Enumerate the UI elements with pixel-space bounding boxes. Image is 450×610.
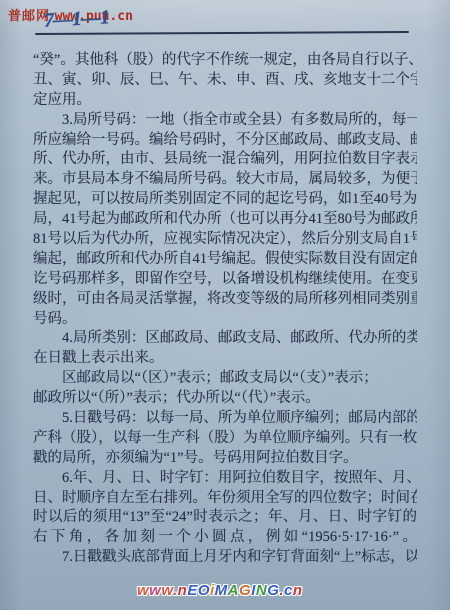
text-line: 时以后的须用“13”至“24”时表示之；年、月、日、时字钉的 (33, 508, 417, 528)
text-line: 5.日戳号码：以每一局、所为单位顺序编列；邮局内部的生 (33, 409, 417, 429)
text-line: 7.日戳戳头底部背面上月牙内和字钉背面刻“上”标志，以 (33, 548, 417, 568)
text-line: 所应编给一号码。编给号码时，不分区邮政局、邮政支局、邮政 (33, 131, 417, 151)
text-line: 戳的局所，亦须编为“1”号。号码用阿拉伯数目字。 (33, 449, 417, 469)
text-line: 区邮政局以“（区）”表示；邮政支局以“（支）”表示； (33, 369, 417, 389)
bottom-watermark: www.nEOiMAGING.cn (137, 582, 303, 599)
page-body-text: “癸”。其他科（股）的代字不作统一规定，由各局自行以子、 丑、寅、卯、辰、巳、午… (33, 51, 417, 568)
text-line: 握起见，可以按局所类别固定不同的起讫号码，如1至40号为支 (33, 190, 417, 210)
book-page-photo: 普邮网 www.puu.cn 7—1—1 “癸”。其他科（股）的代字不作统一规定… (0, 0, 450, 610)
handwritten-mark: 7—1—1 (43, 6, 109, 32)
text-line: 编起，邮政所和代办所自41号编起。假使实际数目没有固定的起 (33, 250, 417, 270)
text-line: 号码。 (33, 310, 417, 330)
text-line: 日、时顺序自左至右排列。年份须用全写的四位数字；时间在12 (33, 489, 417, 509)
text-line: 局，41号起为邮政所和代办所（也可以再分41至80号为邮政所， (33, 210, 417, 230)
text-line: 81号以后为代办所，应视实际情况决定），然后分别支局自1号 (33, 230, 417, 250)
text-line: 级时，可由各局灵活掌握，将改变等级的局所移列相同类别重编 (33, 290, 417, 310)
text-line: 右下角，各加刻一个小圆点，例如“1956·5·17·16·”。 (33, 528, 417, 548)
text-line: 来。市县局本身不编局所号码。较大市局，属局较多，为便于掌 (33, 170, 417, 190)
text-line: 3.局所号码：一地（指全市或全县）有多数局所的，每一局 (33, 111, 417, 131)
text-line: “癸”。其他科（股）的代字不作统一规定，由各局自行以子、 (33, 51, 417, 71)
text-line: 4.局所类别：区邮政局、邮政支局、邮政所、代办所的类别 (33, 329, 417, 349)
text-line: 所、代办所，由市、县局统一混合编列，用阿拉伯数目字表示出 (33, 150, 417, 170)
text-line: 定应用。 (33, 91, 417, 111)
text-line: 6.年、月、日、时字钉：用阿拉伯数目字，按照年、月、 (33, 469, 417, 489)
text-line: 在日戳上表示出来。 (33, 349, 417, 369)
text-line: 产科（股），以每一生产科（股）为单位顺序编列。只有一枚日 (33, 429, 417, 449)
page-header-rule (35, 31, 409, 35)
text-line: 丑、寅、卯、辰、巳、午、未、申、酉、戌、亥地支十二个字编 (33, 71, 417, 91)
text-line: 讫号码那样多，即留作空号，以备增设机构继续使用。在变更等 (33, 270, 417, 290)
text-line: 邮政所以“（所）”表示；代办所以“（代）”表示。 (33, 389, 417, 409)
